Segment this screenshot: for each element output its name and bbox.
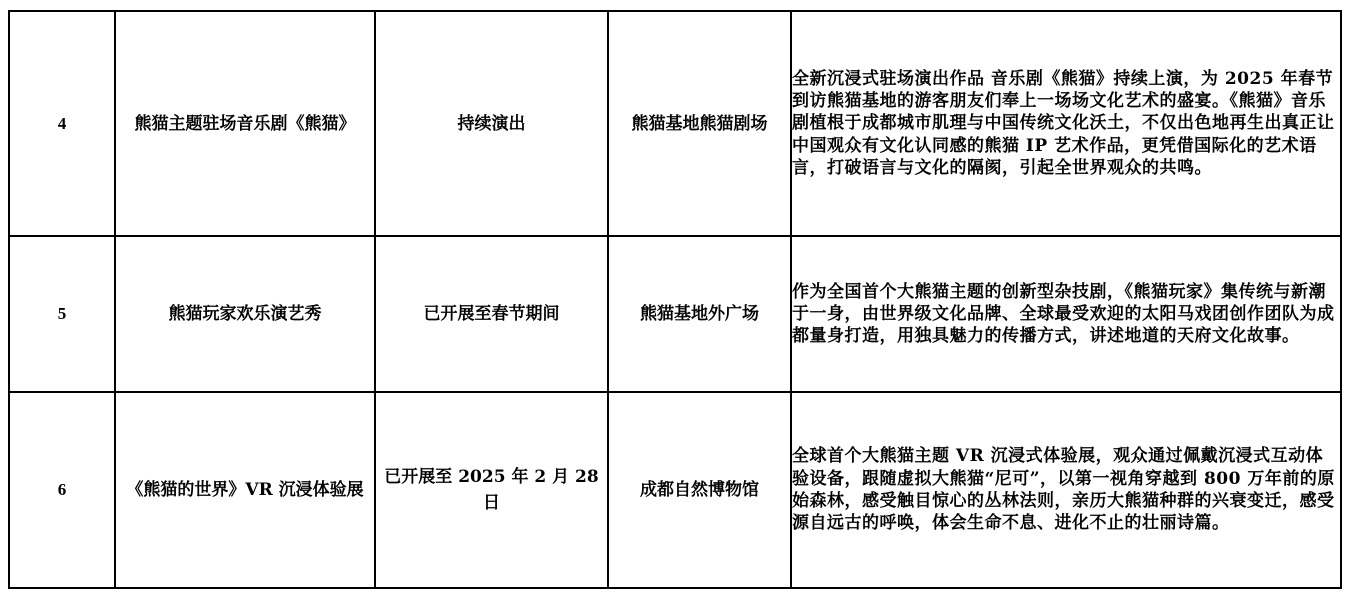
- events-table: 4 熊猫主题驻场音乐剧《熊猫》 持续演出 熊猫基地熊猫剧场 全新沉浸式驻场演出作…: [8, 10, 1342, 589]
- event-description: 全球首个大熊猫主题 VR 沉浸式体验展，观众通过佩戴沉浸式互动体验设备，跟随虚拟…: [791, 392, 1341, 588]
- event-description: 全新沉浸式驻场演出作品 音乐剧《熊猫》持续上演，为 2025 年春节到访熊猫基地…: [791, 11, 1341, 236]
- event-name: 熊猫玩家欢乐演艺秀: [115, 236, 375, 392]
- row-index: 4: [9, 11, 115, 236]
- event-venue: 成都自然博物馆: [608, 392, 791, 588]
- event-venue: 熊猫基地外广场: [608, 236, 791, 392]
- event-period: 已开展至 2025 年 2 月 28 日: [375, 392, 608, 588]
- event-name: 《熊猫的世界》VR 沉浸体验展: [115, 392, 375, 588]
- table-row: 4 熊猫主题驻场音乐剧《熊猫》 持续演出 熊猫基地熊猫剧场 全新沉浸式驻场演出作…: [9, 11, 1341, 236]
- row-index: 6: [9, 392, 115, 588]
- event-period: 已开展至春节期间: [375, 236, 608, 392]
- row-index: 5: [9, 236, 115, 392]
- table-row: 6 《熊猫的世界》VR 沉浸体验展 已开展至 2025 年 2 月 28 日 成…: [9, 392, 1341, 588]
- event-venue: 熊猫基地熊猫剧场: [608, 11, 791, 236]
- event-name: 熊猫主题驻场音乐剧《熊猫》: [115, 11, 375, 236]
- table-row: 5 熊猫玩家欢乐演艺秀 已开展至春节期间 熊猫基地外广场 作为全国首个大熊猫主题…: [9, 236, 1341, 392]
- event-period: 持续演出: [375, 11, 608, 236]
- event-description: 作为全国首个大熊猫主题的创新型杂技剧，《熊猫玩家》集传统与新潮于一身，由世界级文…: [791, 236, 1341, 392]
